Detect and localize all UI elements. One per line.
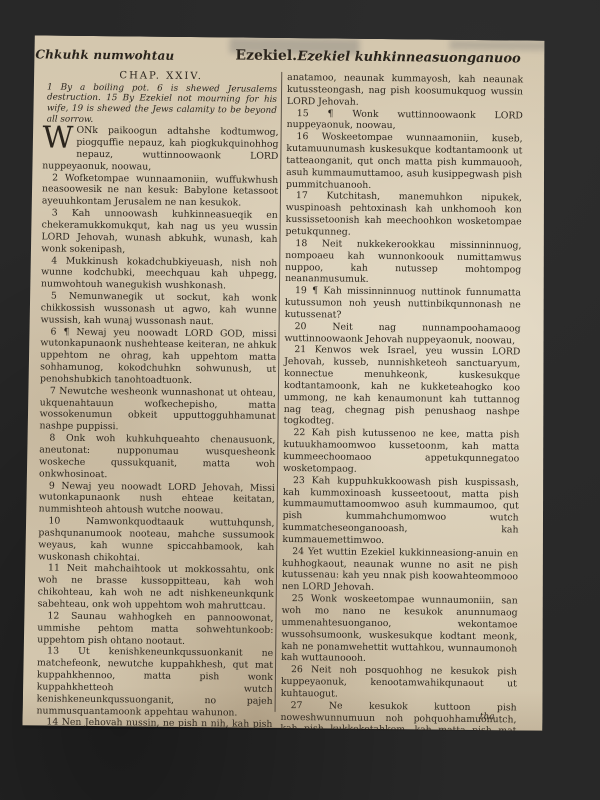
- verse: 18 Neit nukkekerookkau missinninnuog, no…: [285, 238, 521, 288]
- verse: 6 ¶ Newaj yeu noowadt LORD GOD, missi wu…: [40, 326, 277, 388]
- verse: 3 Kah unnoowash kuhkinneasueqik en cheke…: [41, 208, 277, 258]
- verse: 10 Namwonkquodtaauk wuttuhqunsh, pashqun…: [38, 515, 274, 565]
- verse: 24 Yet wuttin Ezekiel kukkinneasiong-anu…: [282, 546, 518, 596]
- verse: 4 Mukkinush kokadchubkiyeuash, nish noh …: [41, 255, 277, 293]
- verse: 8 Onk woh kuhkuhqueahto chenausuonk, ane…: [39, 433, 275, 483]
- verse: 22 Kah pish kutussenoo ne kee, matta pis…: [283, 427, 519, 477]
- verse: 15 ¶ Wonk wuttinnoowaonk LORD nuppeyaonu…: [287, 108, 523, 134]
- verse: 25 Wonk woskeetompae wunnaumoniin, san w…: [281, 593, 518, 667]
- verse: 2 Wofketompae wunnaamoniin, wuffukwhush …: [42, 172, 278, 210]
- bible-page: Chkuhk numwohtau Ezekiel. Ezekiel kuhkin…: [22, 35, 549, 730]
- left-column: CHAP. XXIV. 1 By a boiling pot. 6 is she…: [36, 69, 279, 754]
- running-head-left: Chkuhk numwohtau: [35, 47, 174, 62]
- verse: anatamoo, neaunak kummayosh, kah neaunak…: [287, 72, 523, 110]
- verse: 11 Neit mahchaihtook ut mokkossahtu, onk…: [38, 563, 274, 613]
- verse: 9 Newaj yeu noowadt LORD Jehovah, Missi …: [39, 480, 275, 518]
- running-head: Chkuhk numwohtau Ezekiel. Ezekiel kuhkin…: [29, 45, 549, 70]
- running-head-right: Ezekiel kuhkinneasuonganuoo: [297, 49, 521, 66]
- page-shadow: [22, 685, 542, 730]
- verse: WONk paikoogun adtahshe kodtumwog, piogq…: [42, 125, 278, 175]
- chapter-heading: CHAP. XXIV.: [43, 69, 279, 83]
- verse: 16 Woskeetompae wunnaamoniin, kuseb, kut…: [286, 131, 523, 193]
- verse: 23 Kah kuppuhkukkoowash pish kuspissash,…: [282, 475, 519, 549]
- verse: 7 Newutche wesheonk wunnashonat ut ohtea…: [39, 385, 275, 435]
- verse: 12 Saunau wahhogkeh en pannoowonat, ummi…: [37, 610, 273, 648]
- verse: 5 Nemunwanegik ut sockut, kah wonk chikk…: [41, 290, 277, 328]
- running-head-book: Ezekiel.: [235, 47, 297, 64]
- right-column: anatamoo, neaunak kummayosh, kah neaunak…: [280, 72, 523, 788]
- chapter-summary: 1 By a boiling pot. 6 is shewed Jerusale…: [43, 82, 279, 127]
- verse: 21 Kenwos wek Israel, yeu wussin LORD Je…: [284, 344, 521, 429]
- verse: 19 ¶ Kah missinninnuog nuttinok funnumat…: [285, 285, 521, 323]
- verse: 20 Neit nag nunnampoohamaoog wuttinnoowa…: [284, 321, 520, 347]
- drop-cap: W: [42, 127, 73, 151]
- verse: 17 Kutchitash, manemuhkon nipukek, wuspi…: [286, 190, 522, 240]
